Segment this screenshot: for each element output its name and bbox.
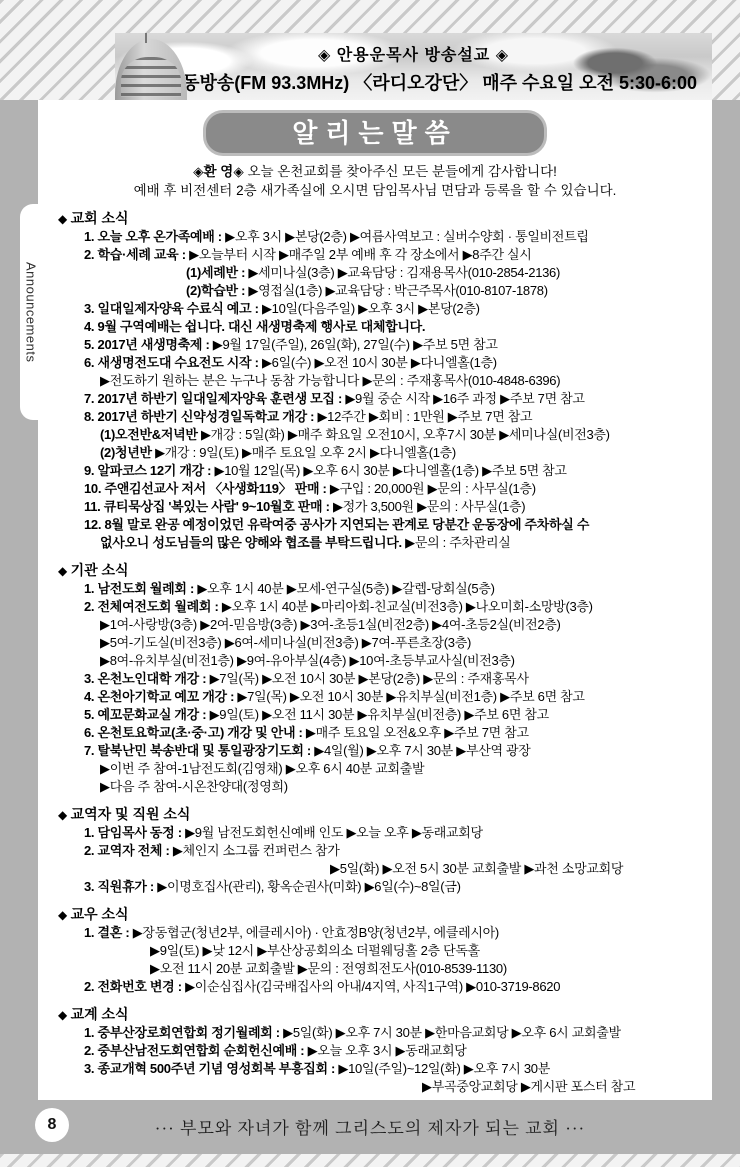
announcement-sections: ◆ 교회 소식1. 오늘 오후 온가족예배 : ▶오후 3시 ▶본당(2층) ▶… xyxy=(38,209,712,1096)
announcement-line: 9. 알파코스 12기 개강 : ▶10월 12일(목) ▶오후 6시 30분 … xyxy=(38,462,712,480)
announcement-line: 1. 담임목사 동정 : ▶9월 남전도회헌신예배 인도 ▶오늘 오후 ▶동래교… xyxy=(38,824,712,842)
announcement-line: 11. 큐티묵상집 '복있는 사람' 9~10월호 판매 : ▶정가 3,500… xyxy=(38,498,712,516)
announcement-line: 5. 2017년 새생명축제 : ▶9월 17일(주일), 26일(화), 27… xyxy=(38,336,712,354)
announcement-line: 2. 교역자 전체 : ▶체인지 소그룹 컨퍼런스 참가 xyxy=(38,842,712,860)
announcement-line: ▶오전 11시 20분 교회출발 ▶문의 : 전영희전도사(010-8539-1… xyxy=(38,960,712,978)
welcome-line2: 예배 후 비전센터 2층 새가족실에 오시면 담임목사님 면담과 등록을 할 수… xyxy=(38,181,712,200)
announcement-line: 7. 2017년 하반기 일대일제자양육 훈련생 모집 : ▶9월 중순 시작 … xyxy=(38,390,712,408)
section-header: ◆ 교우 소식 xyxy=(38,905,712,924)
diamond-bullet-icon: ◆ xyxy=(58,212,71,226)
section-title: 교회 소식 xyxy=(71,210,129,226)
announcements-content: 알리는말씀 ◈환 영◈ 오늘 온천교회를 찾아주신 모든 분들에게 감사합니다!… xyxy=(38,100,712,1100)
announcement-line: ▶부곡중앙교회당 ▶게시판 포스터 참고 xyxy=(38,1078,712,1096)
announcement-line: 없사오니 성도님들의 많은 양해와 협조를 부탁드립니다. ▶문의 : 주차관리… xyxy=(38,534,712,552)
section-title: 교우 소식 xyxy=(71,906,129,922)
sidebar-tab-label: Announcements xyxy=(24,262,39,362)
welcome-line1: ◈환 영◈ 오늘 온천교회를 찾아주신 모든 분들에게 감사합니다! xyxy=(38,162,712,181)
announcement-line: 2. 전체여전도회 월례회 : ▶오후 1시 40분 ▶마리아회-친교실(비전3… xyxy=(38,598,712,616)
announcement-line: 3. 일대일제자양육 수료식 예고 : ▶10일(다음주일) ▶오후 3시 ▶본… xyxy=(38,300,712,318)
announcement-line: 7. 탈북난민 북송반대 및 통일광장기도회 : ▶4일(월) ▶오후 7시 3… xyxy=(38,742,712,760)
announcement-line: 1. 결혼 : ▶장동협군(청년2부, 에클레시아) · 안효정B양(청년2부,… xyxy=(38,924,712,942)
diamond-bullet-icon: ◆ xyxy=(58,564,71,578)
announcement-line: 4. 9월 구역예배는 쉽니다. 대신 새생명축제 행사로 대체합니다. xyxy=(38,318,712,336)
welcome-line1-text: 오늘 온천교회를 찾아주신 모든 분들에게 감사합니다! xyxy=(244,164,557,179)
announcement-line: 2. 학습·세례 교육 : ▶오늘부터 시작 ▶매주일 2부 예배 후 각 장소… xyxy=(38,246,712,264)
section-header: ◆ 교계 소식 xyxy=(38,1005,712,1024)
bottom-hatch-band xyxy=(0,1154,740,1167)
announcement-line: 3. 종교개혁 500주년 기념 영성회복 부흥집회 : ▶10일(주일)~12… xyxy=(38,1060,712,1078)
banner-line2: 부산극동방송(FM 93.3MHz) 〈라디오강단〉 매주 수요일 오전 5:3… xyxy=(115,69,712,95)
diamond-bullet-icon: ◆ xyxy=(58,808,71,822)
diamond-bullet-icon: ◆ xyxy=(58,1008,71,1022)
announcement-line: 3. 직원휴가 : ▶이명호집사(관리), 황옥순권사(미화) ▶6일(수)~8… xyxy=(38,878,712,896)
welcome-block: ◈환 영◈ 오늘 온천교회를 찾아주신 모든 분들에게 감사합니다! 예배 후 … xyxy=(38,162,712,200)
sidebar-tab-announcements: Announcements xyxy=(20,204,42,420)
announcement-line: 8. 2017년 하반기 신약성경일독학교 개강 : ▶12주간 ▶회비 : 1… xyxy=(38,408,712,426)
announcement-line: 2. 중부산남전도회연합회 순회헌신예배 : ▶오늘 오후 3시 ▶동래교회당 xyxy=(38,1042,712,1060)
announcement-line: 1. 중부산장로회연합회 정기월례회 : ▶5일(화) ▶오후 7시 30분 ▶… xyxy=(38,1024,712,1042)
announcement-line: 2. 전화번호 변경 : ▶이순심집사(김국배집사의 아내/4지역, 사직1구역… xyxy=(38,978,712,996)
broadcast-banner: ◈ 안용운목사 방송설교 ◈ 부산극동방송(FM 93.3MHz) 〈라디오강단… xyxy=(115,33,712,100)
announcement-line: 6. 온천토요학교(초·중·고) 개강 및 안내 : ▶매주 토요일 오전&오후… xyxy=(38,724,712,742)
banner-line1: ◈ 안용운목사 방송설교 ◈ xyxy=(115,42,712,65)
footer-motto: ··· 부모와 자녀가 함께 그리스도의 제자가 되는 교회 ··· xyxy=(0,1114,740,1139)
announcement-line: ▶5일(화) ▶오전 5시 30분 교회출발 ▶과천 소망교회당 xyxy=(38,860,712,878)
announcement-line: 10. 주앤김선교사 저서 〈사생화119〉 판매 : ▶구입 : 20,000… xyxy=(38,480,712,498)
announcement-line: 6. 새생명전도대 수요전도 시작 : ▶6일(수) ▶오전 10시 30분 ▶… xyxy=(38,354,712,372)
announcement-line: ▶1여-사랑방(3층) ▶2여-믿음방(3층) ▶3여-초등1실(비전2층) ▶… xyxy=(38,616,712,634)
section-title: 기관 소식 xyxy=(71,562,129,578)
announcement-line: 1. 남전도회 월례회 : ▶오후 1시 40분 ▶모세-연구실(5층) ▶갈렙… xyxy=(38,580,712,598)
announcement-line: 4. 온천아기학교 예꼬 개강 : ▶7일(목) ▶오전 10시 30분 ▶유치… xyxy=(38,688,712,706)
announcement-line: ▶전도하기 원하는 분은 누구나 동참 가능합니다 ▶문의 : 주재홍목사(01… xyxy=(38,372,712,390)
announcement-line: (2)학습반 : ▶영접실(1층) ▶교육담당 : 박근주목사(010-8107… xyxy=(38,282,712,300)
announcement-line: (2)청년반 ▶개강 : 9일(토) ▶매주 토요일 오후 2시 ▶다니엘홀(1… xyxy=(38,444,712,462)
announcement-line: 12. 8월 말로 완공 예정이었던 유락여중 공사가 지연되는 관계로 당분간… xyxy=(38,516,712,534)
announcement-line: (1)세례반 : ▶세미나실(3층) ▶교육담당 : 김재용목사(010-285… xyxy=(38,264,712,282)
announcement-line: 3. 온천노인대학 개강 : ▶7일(목) ▶오전 10시 30분 ▶본당(2층… xyxy=(38,670,712,688)
section-title: 교계 소식 xyxy=(71,1006,129,1022)
announcement-line: ▶5여-기도실(비전3층) ▶6여-세미나실(비전3층) ▶7여-푸른초장(3층… xyxy=(38,634,712,652)
announcement-line: (1)오전반&저녁반 ▶개강 : 5일(화) ▶매주 화요일 오전10시, 오후… xyxy=(38,426,712,444)
announcement-line: ▶8여-유치부실(비전1층) ▶9여-유아부실(4층) ▶10여-초등부교사실(… xyxy=(38,652,712,670)
bulletin-page: ◈ 안용운목사 방송설교 ◈ 부산극동방송(FM 93.3MHz) 〈라디오강단… xyxy=(0,0,740,1167)
section-header: ◆ 교회 소식 xyxy=(38,209,712,228)
right-gray-strip xyxy=(712,100,740,1100)
section-title: 교역자 및 직원 소식 xyxy=(71,806,191,822)
announcement-line: ▶이번 주 참여-1남전도회(김영채) ▶오후 6시 40분 교회출발 xyxy=(38,760,712,778)
page-title: 알리는말씀 xyxy=(203,110,547,156)
announcement-line: 1. 오늘 오후 온가족예배 : ▶오후 3시 ▶본당(2층) ▶여름사역보고 … xyxy=(38,228,712,246)
section-header: ◆ 교역자 및 직원 소식 xyxy=(38,805,712,824)
announcement-line: ▶9일(토) ▶낮 12시 ▶부산상공회의소 더펄웨딩홀 2층 단독홀 xyxy=(38,942,712,960)
section-header: ◆ 기관 소식 xyxy=(38,561,712,580)
welcome-label: ◈환 영◈ xyxy=(193,164,244,179)
announcement-line: ▶다음 주 참여-시온찬양대(정영희) xyxy=(38,778,712,796)
announcement-line: 5. 예꼬문화교실 개강 : ▶9일(토) ▶오전 11시 30분 ▶유치부실(… xyxy=(38,706,712,724)
diamond-bullet-icon: ◆ xyxy=(58,908,71,922)
